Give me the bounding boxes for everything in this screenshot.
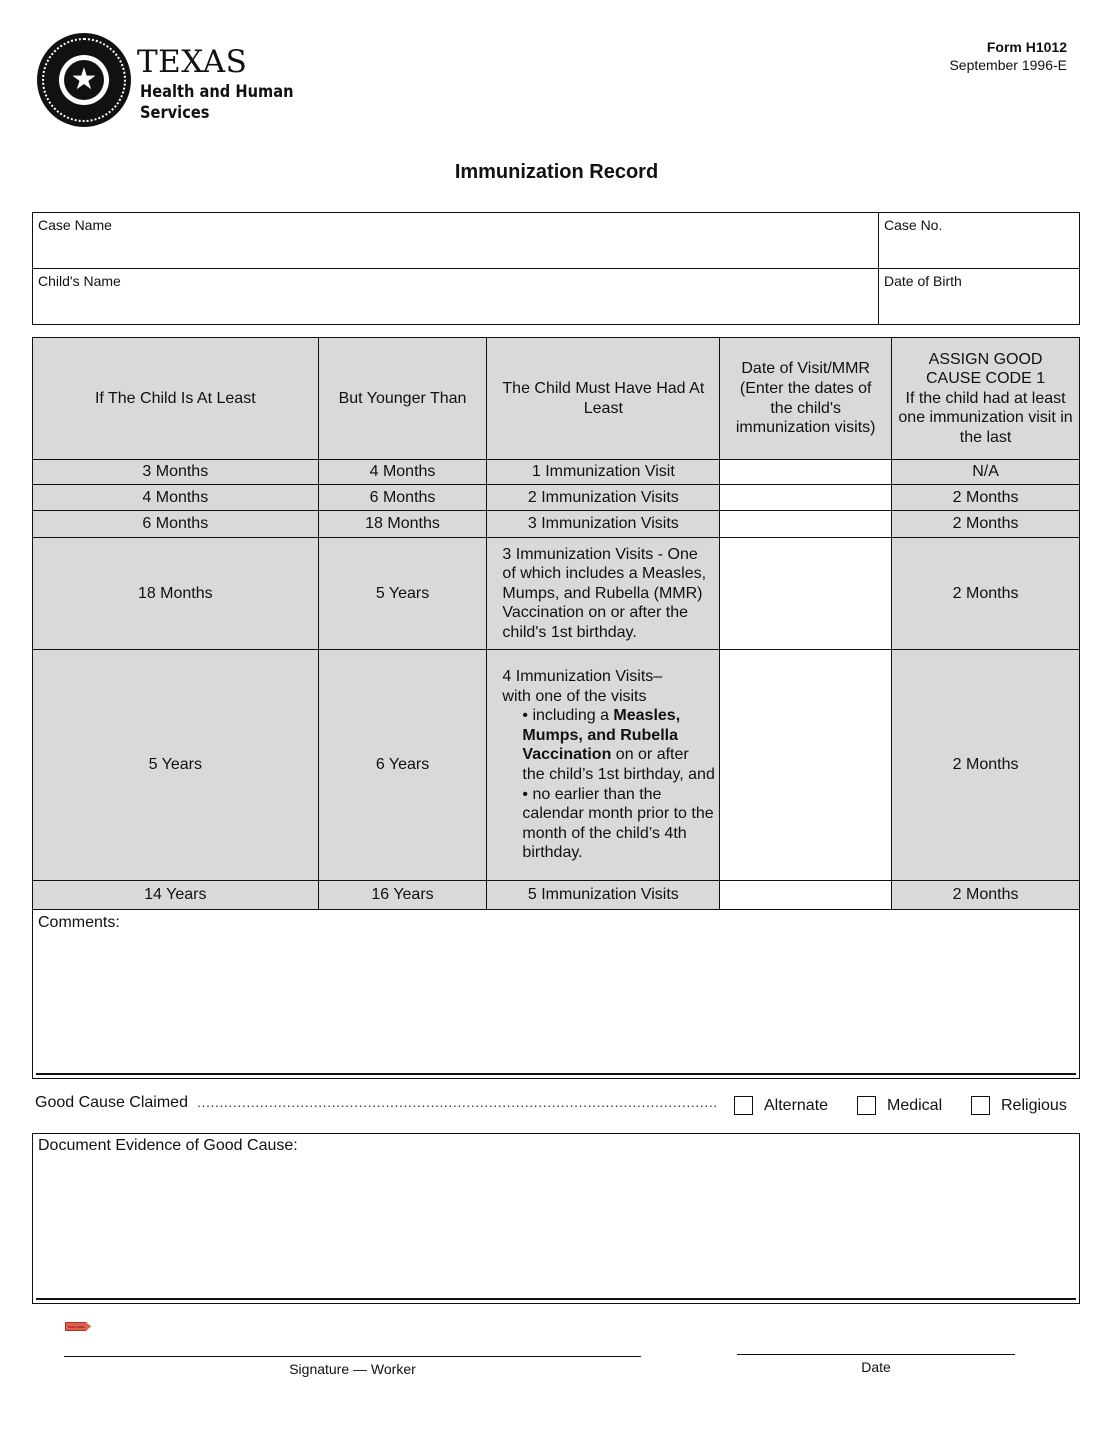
- childs-name-field[interactable]: Child's Name: [33, 269, 879, 324]
- row-requirement: 1 Immunization Visit: [487, 460, 720, 485]
- row-requirement: 4 Immunization Visits– with one of the v…: [487, 650, 720, 881]
- row-requirement: 5 Immunization Visits: [487, 881, 720, 910]
- table-row: 14 Years 16 Years 5 Immunization Visits …: [33, 881, 1080, 910]
- signature-date-label: Date: [737, 1359, 1015, 1375]
- sign-here-flag-icon: SIGN HERE: [65, 1322, 91, 1331]
- evidence-divider: [36, 1298, 1076, 1300]
- row-younger-than: 16 Years: [318, 881, 487, 910]
- row-at-least: 6 Months: [33, 511, 319, 538]
- row-younger-than: 6 Years: [318, 650, 487, 881]
- table-row: 6 Months 18 Months 3 Immunization Visits…: [33, 511, 1080, 538]
- form-date: September 1996-E: [949, 56, 1067, 74]
- row-requirement: 3 Immunization Visits: [487, 511, 720, 538]
- comments-label: Comments:: [38, 914, 120, 932]
- date-of-visit-input[interactable]: [720, 485, 892, 511]
- date-of-visit-input[interactable]: [720, 538, 892, 650]
- form-number: Form H1012: [987, 39, 1067, 55]
- date-of-birth-label: Date of Birth: [884, 273, 962, 289]
- form-number-block: Form H1012 September 1996-E: [949, 38, 1067, 74]
- good-cause-code-title: ASSIGN GOOD CAUSE CODE 1: [894, 350, 1077, 389]
- date-of-birth-field[interactable]: Date of Birth: [879, 269, 1079, 324]
- row-requirement: 3 Immunization Visits - One of which inc…: [487, 538, 720, 650]
- row-requirement: 2 Immunization Visits: [487, 485, 720, 511]
- case-name-field[interactable]: Case Name: [33, 213, 879, 269]
- medical-checkbox[interactable]: [857, 1096, 876, 1115]
- comments-field[interactable]: Comments:: [32, 909, 1080, 1079]
- good-cause-leader-dots: ........................................…: [197, 1094, 719, 1110]
- date-of-visit-input[interactable]: [720, 650, 892, 881]
- table-row: 5 Years 6 Years 4 Immunization Visits– w…: [33, 650, 1080, 881]
- logo-line3: Services: [140, 103, 293, 124]
- religious-checkbox[interactable]: [971, 1096, 990, 1115]
- logo-agency: Health and Human Services: [140, 82, 293, 124]
- religious-label: Religious: [1001, 1097, 1067, 1115]
- table-row: 3 Months 4 Months 1 Immunization Visit N…: [33, 460, 1080, 485]
- date-of-visit-input[interactable]: [720, 511, 892, 538]
- header-must-have-had: The Child Must Have Had At Least: [487, 338, 720, 460]
- page-title: Immunization Record: [0, 161, 1113, 184]
- good-cause-code-desc: If the child had at least one immunizati…: [894, 389, 1077, 448]
- row-younger-than: 6 Months: [318, 485, 487, 511]
- req-intro-1: 4 Immunization Visits–: [502, 667, 715, 687]
- logo-line2: Health and Human: [140, 82, 293, 103]
- case-name-label: Case Name: [38, 217, 112, 233]
- good-cause-label: Good Cause Claimed: [35, 1094, 188, 1112]
- evidence-field[interactable]: Document Evidence of Good Cause:: [32, 1133, 1080, 1304]
- header-date-of-visit: Date of Visit/MMR (Enter the dates of th…: [720, 338, 892, 460]
- signature-worker-line[interactable]: [64, 1356, 641, 1357]
- req-bullet-2: • no earlier than the calendar month pri…: [502, 785, 715, 863]
- medical-label: Medical: [887, 1097, 942, 1115]
- row-good-cause: 2 Months: [892, 485, 1080, 511]
- header-at-least: If The Child Is At Least: [33, 338, 319, 460]
- case-no-label: Case No.: [884, 217, 942, 233]
- req-intro-2: with one of the visits: [502, 687, 715, 707]
- childs-name-label: Child's Name: [38, 273, 121, 289]
- date-of-visit-input[interactable]: [720, 460, 892, 485]
- row-at-least: 3 Months: [33, 460, 319, 485]
- header-good-cause: ASSIGN GOOD CAUSE CODE 1 If the child ha…: [892, 338, 1080, 460]
- evidence-label: Document Evidence of Good Cause:: [38, 1137, 298, 1155]
- alternate-checkbox[interactable]: [734, 1096, 753, 1115]
- comments-divider: [36, 1073, 1076, 1075]
- case-info-box: Case Name Case No. Child's Name Date of …: [32, 212, 1080, 325]
- row-at-least: 18 Months: [33, 538, 319, 650]
- table-row: 18 Months 5 Years 3 Immunization Visits …: [33, 538, 1080, 650]
- row-good-cause: 2 Months: [892, 881, 1080, 910]
- signature-worker-label: Signature — Worker: [64, 1361, 641, 1377]
- table-header-row: If The Child Is At Least But Younger Tha…: [33, 338, 1080, 460]
- row-younger-than: 5 Years: [318, 538, 487, 650]
- logo-texas: TEXAS: [137, 44, 247, 80]
- alternate-label: Alternate: [764, 1097, 828, 1115]
- req-bullet-1: • including a Measles, Mumps, and Rubell…: [502, 706, 715, 784]
- row-good-cause: N/A: [892, 460, 1080, 485]
- row-good-cause: 2 Months: [892, 650, 1080, 881]
- table-row: 4 Months 6 Months 2 Immunization Visits …: [33, 485, 1080, 511]
- header-younger-than: But Younger Than: [318, 338, 487, 460]
- row-at-least: 4 Months: [33, 485, 319, 511]
- signature-date-line[interactable]: [737, 1354, 1015, 1355]
- row-at-least: 5 Years: [33, 650, 319, 881]
- bullet1-pre: • including a: [522, 707, 613, 724]
- row-younger-than: 4 Months: [318, 460, 487, 485]
- row-younger-than: 18 Months: [318, 511, 487, 538]
- row-at-least: 14 Years: [33, 881, 319, 910]
- date-of-visit-input[interactable]: [720, 881, 892, 910]
- immunization-table: If The Child Is At Least But Younger Tha…: [32, 337, 1080, 910]
- row-good-cause: 2 Months: [892, 538, 1080, 650]
- case-no-field[interactable]: Case No.: [879, 213, 1079, 269]
- row-good-cause: 2 Months: [892, 511, 1080, 538]
- texas-seal-icon: ★: [37, 33, 131, 127]
